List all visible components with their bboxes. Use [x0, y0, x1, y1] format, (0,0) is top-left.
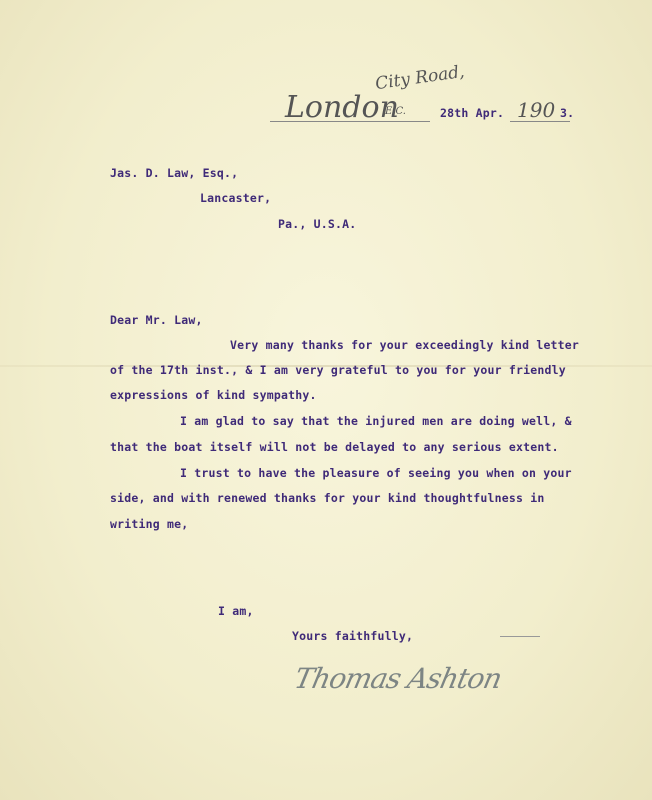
body-line: I trust to have the pleasure of seeing y… [180, 466, 572, 480]
salutation: Dear Mr. Law, [110, 313, 203, 327]
signature: Thomas Ashton [291, 662, 504, 695]
body-line: expressions of kind sympathy. [110, 388, 317, 402]
date-year-suffix: 3. [560, 106, 574, 120]
recipient-name: Jas. D. Law, Esq., [110, 166, 238, 180]
letterhead-district: E.C. [385, 106, 406, 117]
body-line: of the 17th inst., & I am very grateful … [110, 363, 566, 377]
body-line: that the boat itself will not be delayed… [110, 440, 559, 454]
recipient-country: Pa., U.S.A. [278, 217, 356, 231]
body-line: side, and with renewed thanks for your k… [110, 491, 545, 505]
date-day-month: 28th Apr. [440, 106, 504, 120]
body-line: writing me, [110, 517, 188, 531]
letterhead-city: London [285, 90, 399, 125]
letter-page: City Road, London E.C. 28th Apr. 190 3. … [0, 0, 652, 800]
body-line: I am glad to say that the injured men ar… [180, 414, 572, 428]
signature-flourish [500, 636, 540, 637]
body-line: Very many thanks for your exceedingly ki… [230, 338, 579, 352]
recipient-city: Lancaster, [200, 191, 271, 205]
letterhead-rule-city [270, 121, 430, 122]
closing-yours-faithfully: Yours faithfully, [292, 629, 413, 643]
closing-i-am: I am, [218, 604, 254, 618]
letterhead-year-prefix: 190 [517, 98, 555, 122]
